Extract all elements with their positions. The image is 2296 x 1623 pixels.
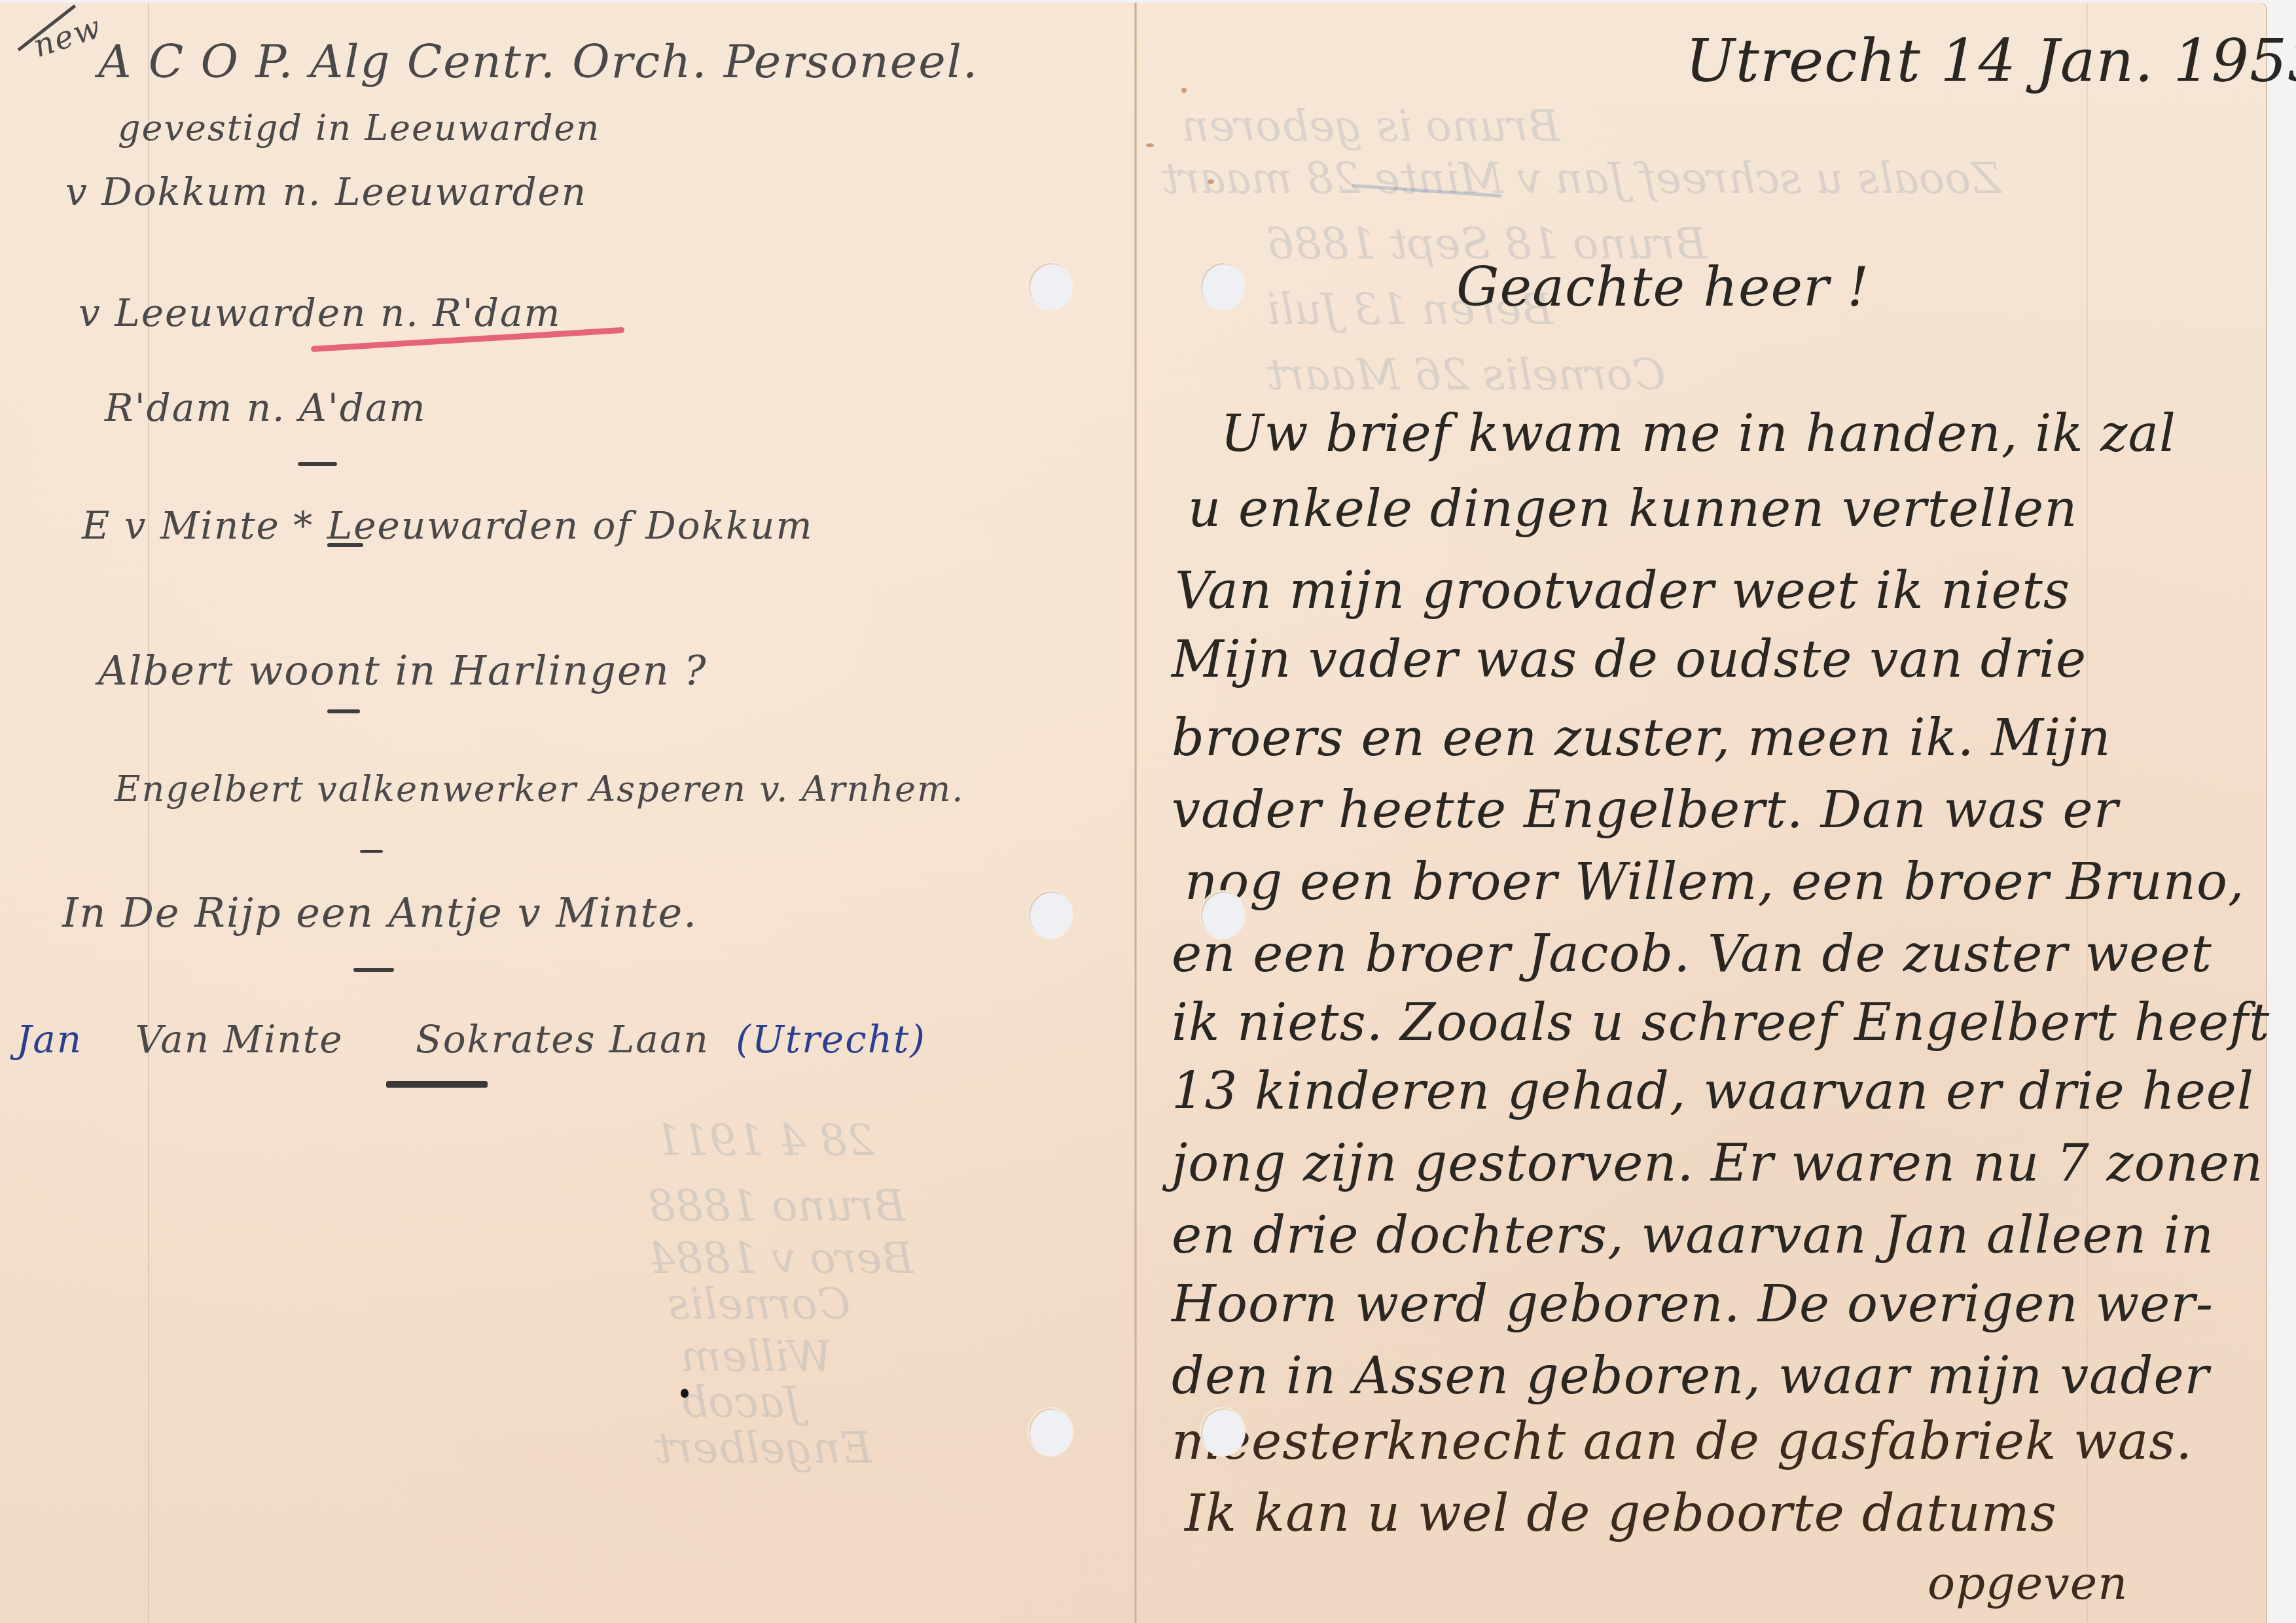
- letter-line: en drie dochters, waarvan Jan alleen in: [1172, 1210, 2214, 1261]
- street-address: Sokrates Laan: [416, 1017, 709, 1061]
- bleed-through-text: Bruno is geboren: [1181, 101, 1560, 151]
- letter-line: Ik kan u wel de geboorte datums: [1185, 1488, 2057, 1539]
- separator-dash: [386, 1081, 488, 1088]
- punch-hole: [1201, 263, 1244, 310]
- name-prefix: Jan: [16, 1017, 82, 1061]
- letter-line: 13 kinderen gehad, waarvan er drie heel: [1172, 1066, 2254, 1117]
- bleed-through-text: 28 4 1911: [655, 1115, 874, 1166]
- letter-line: u enkele dingen kunnen vertellen: [1188, 484, 2077, 535]
- punch-hole: [1029, 891, 1072, 938]
- separator-dash: [353, 968, 394, 972]
- note-line: v Leeuwarden n. R'dam: [79, 294, 561, 332]
- letter-line: ik niets. Zooals u schreef Engelbert hee…: [1172, 997, 2270, 1048]
- bleed-through-text: Bruno 1888: [648, 1181, 906, 1231]
- letter-line: jong zijn gestorven. Er waren nu 7 zonen: [1172, 1138, 2263, 1189]
- letter-sheet: 28 4 1911 Bruno 1888 Bero v 1884 Corneli…: [0, 3, 2266, 1623]
- ink-blot: [681, 1389, 689, 1398]
- paper-crease: [148, 3, 149, 1623]
- salutation: Geachte heer !: [1456, 261, 1869, 315]
- letter-line: broers en een zuster, meen ik. Mijn: [1172, 713, 2111, 764]
- punch-hole: [1029, 1408, 1072, 1455]
- note-line: A C O P. Alg Centr. Orch. Personeel.: [98, 39, 978, 84]
- note-line: In De Rijp een Antje v Minte.: [62, 893, 698, 933]
- city: (Utrecht): [736, 1017, 926, 1061]
- corner-note: new: [29, 11, 105, 63]
- bleed-through-text: Engelbert: [655, 1423, 872, 1473]
- letter-line: en een broer Jacob. Van de zuster weet: [1172, 929, 2212, 980]
- separator-dash: [327, 709, 360, 713]
- letter-line: Mijn vader was de oudste van drie: [1172, 634, 2087, 685]
- letter-line: Uw brief kwam me in handen, ik zal: [1221, 408, 2176, 459]
- bleed-through-text: Jacob: [681, 1377, 802, 1427]
- punch-hole: [1201, 1408, 1244, 1455]
- foxing-spot: [1181, 88, 1187, 93]
- bleed-through-text: Willem: [681, 1331, 833, 1382]
- punch-hole: [1201, 891, 1244, 938]
- continuation-word: opgeven: [1928, 1560, 2128, 1606]
- note-line: Engelbert valkenwerker Asperen v. Arnhem…: [115, 772, 964, 807]
- bleed-through-text: Cornelis: [668, 1279, 850, 1329]
- surname: Van Minte: [135, 1017, 344, 1061]
- letter-line: nog een broer Willem, een broer Bruno,: [1185, 857, 2245, 908]
- dateline: Utrecht 14 Jan. 1953: [1685, 32, 2296, 91]
- note-line: Albert woont in Harlingen ?: [98, 651, 708, 691]
- letter-line: meesterknecht aan de gasfabriek was.: [1172, 1416, 2193, 1467]
- foxing-spot: [1146, 143, 1154, 147]
- letter-line: Hoorn werd geboren. De overigen wer-: [1172, 1279, 2214, 1330]
- left-page: 28 4 1911 Bruno 1888 Bero v 1884 Corneli…: [0, 3, 1136, 1623]
- right-page: Bruno is geboren Zooals u schreef Jan v …: [1136, 3, 2266, 1623]
- separator-dash: [298, 462, 337, 466]
- note-line: R'dam n. A'dam: [105, 389, 427, 427]
- note-line: v Dokkum n. Leeuwarden: [65, 173, 587, 211]
- bleed-through-text: Bero v 1884: [648, 1233, 914, 1283]
- letter-line: vader heette Engelbert. Dan was er: [1172, 785, 2119, 836]
- note-line: E v Minte * Leeuwarden of Dokkum: [82, 507, 813, 544]
- separator-dash: [360, 850, 383, 853]
- note-line-address: Jan Van Minte Sokrates Laan (Utrecht): [16, 1020, 926, 1058]
- foxing-spot: [1208, 179, 1214, 184]
- letter-line: den in Assen geboren, waar mijn vader: [1172, 1351, 2210, 1402]
- bleed-through-text: Cornelis 26 Maart: [1266, 349, 1666, 400]
- note-line: gevestigd in Leeuwarden: [118, 111, 600, 146]
- bleed-through-text: Zooals u schreef Jan v Minte 28 maart: [1162, 153, 2001, 204]
- separator-dash: [327, 543, 363, 547]
- letter-line: Van mijn grootvader weet ik niets: [1175, 565, 2070, 616]
- punch-hole: [1029, 263, 1072, 310]
